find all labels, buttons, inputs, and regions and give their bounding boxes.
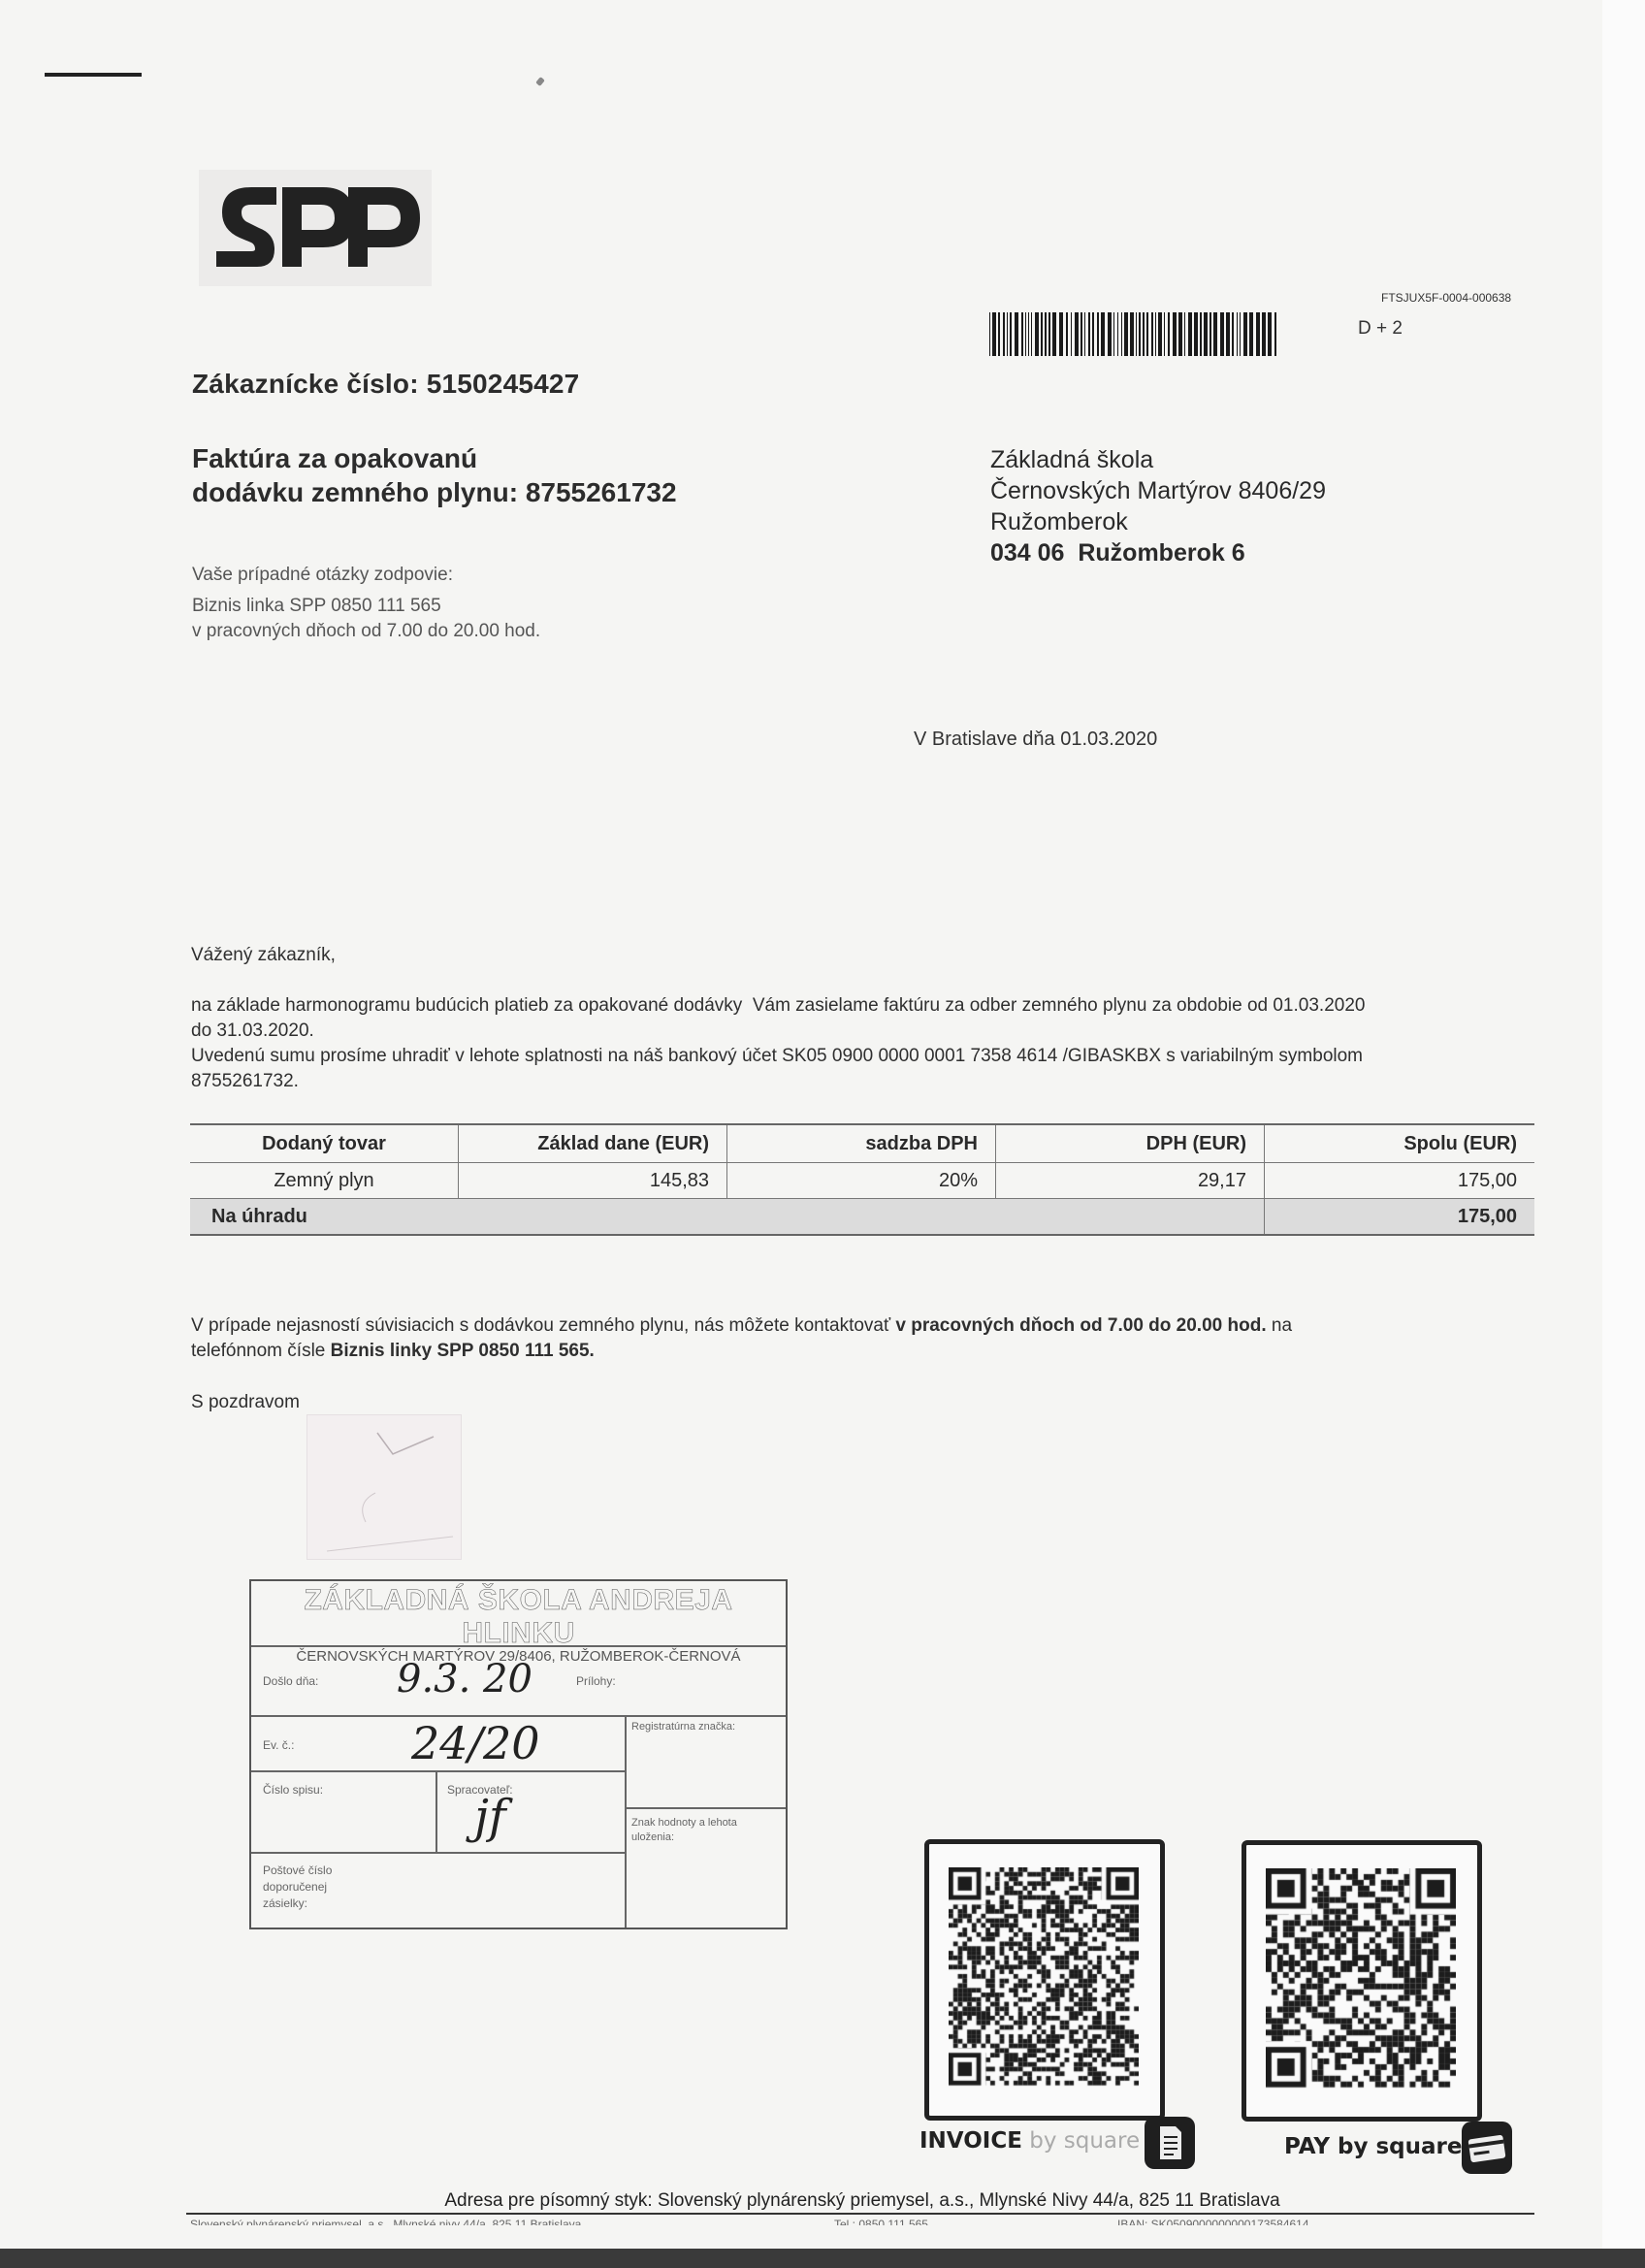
table-row: Zemný plyn 145,83 20% 29,17 175,00 [190, 1163, 1534, 1199]
ev-label: Ev. č.: [263, 1738, 294, 1752]
postal-label-1: Poštové číslo [263, 1863, 332, 1879]
para1-line1: na základe harmonogramu budúcich platieb… [191, 993, 1539, 1019]
scan-mark [45, 73, 142, 77]
stamp-title: ZÁKLADNÁ ŠKOLA ANDREJA HLINKU [251, 1584, 786, 1650]
cell-total: 175,00 [1265, 1163, 1535, 1199]
para2-text3: telefónnom čísle [191, 1341, 331, 1361]
footer-company: Slovenský plynárenský priemysel, a.s., M… [190, 2218, 581, 2225]
postal-label: Poštové číslo doporučenej zásielky: [263, 1863, 332, 1912]
recipient-line3: Ružomberok [990, 506, 1326, 537]
file-label: Číslo spisu: [263, 1783, 323, 1797]
stamp-divider [625, 1715, 627, 1928]
pay-qr-code [1266, 1868, 1456, 2090]
invoice-table: Dodaný tovar Základ dane (EUR) sadzba DP… [190, 1123, 1534, 1236]
pay-qr-frame [1242, 1840, 1482, 2122]
cell-goods: Zemný plyn [190, 1163, 459, 1199]
recipient-address: Základná škola Černovských Martýrov 8406… [990, 444, 1326, 568]
footer-address: Adresa pre písomný styk: Slovenský plyná… [190, 2190, 1534, 2212]
col-header-tax-base: Základ dane (EUR) [459, 1124, 727, 1163]
col-header-vat-rate: sadzba DPH [727, 1124, 996, 1163]
page-edge [1602, 0, 1645, 2268]
recipient-line2: Černovských Martýrov 8406/29 [990, 475, 1326, 506]
contact-line1: Vaše prípadné otázky zodpovie: [192, 563, 540, 588]
cell-vat-rate: 20% [727, 1163, 996, 1199]
col-header-goods: Dodaný tovar [190, 1124, 459, 1163]
para2-hours: v pracovných dňoch od 7.00 do 20.00 hod. [895, 1315, 1266, 1336]
handler-signature: jf [474, 1790, 506, 1844]
stamp-header: ZÁKLADNÁ ŠKOLA ANDREJA HLINKU ČERNOVSKÝC… [251, 1581, 786, 1647]
invoice-qr-frame [924, 1839, 1165, 2121]
closing: S pozdravom [191, 1390, 1539, 1415]
total-label: Na úhradu [190, 1199, 1265, 1236]
scanner-edge [0, 2249, 1645, 2268]
invoice-title-prefix: dodávku zemného plynu: [192, 477, 518, 507]
received-value: 9.3. 20 [397, 1657, 532, 1701]
para2-text2: na [1267, 1315, 1292, 1336]
para1-line3: Uvedenú sumu prosíme uhradiť v lehote sp… [191, 1044, 1539, 1069]
recipient-line1: Základná škola [990, 444, 1326, 475]
stamp-divider [625, 1807, 786, 1809]
scan-speck [535, 77, 545, 86]
contact-line3: v pracovných dňoch od 7.00 do 20.00 hod. [192, 619, 540, 644]
invoice-title-line2: dodávku zemného plynu: 8755261732 [192, 475, 677, 509]
customer-number-label: Zákaznícke číslo: [192, 369, 419, 399]
contact-block: Vaše prípadné otázky zodpovie: Biznis li… [192, 563, 540, 644]
registry-stamp: ZÁKLADNÁ ŠKOLA ANDREJA HLINKU ČERNOVSKÝC… [249, 1579, 788, 1929]
stamp-divider [251, 1852, 625, 1854]
footer-phone: Tel.: 0850 111 565 [834, 2218, 928, 2225]
contact-line2: Biznis linka SPP 0850 111 565 [192, 594, 540, 619]
stamp-divider [435, 1770, 437, 1852]
pay-by-square-label: PAY by square [1284, 2134, 1462, 2159]
customer-number: Zákaznícke číslo: 5150245427 [192, 369, 579, 400]
ev-value: 24/20 [411, 1717, 540, 1769]
para2-line2: telefónnom čísle Biznis linky SPP 0850 1… [191, 1339, 1539, 1364]
invoice-number: 8755261732 [526, 477, 677, 507]
invoice-title: Faktúra za opakovanú dodávku zemného ply… [192, 441, 677, 509]
registry-label: Registratúrna značka: [631, 1721, 735, 1733]
recipient-line4: 034 06 Ružomberok 6 [990, 537, 1326, 568]
para2-line1: V prípade nejasností súvisiacich s dodáv… [191, 1313, 1539, 1339]
greeting: Vážený zákazník, [191, 943, 1539, 968]
total-value: 175,00 [1265, 1199, 1535, 1236]
invoice-qr-code [949, 1867, 1139, 2089]
letter-paragraph-1: na základe harmonogramu budúcich platieb… [191, 993, 1539, 1094]
col-header-total: Spolu (EUR) [1265, 1124, 1535, 1163]
table-header-row: Dodaný tovar Základ dane (EUR) sadzba DP… [190, 1124, 1534, 1163]
document-code: FTSJUX5F-0004-000638 [1381, 291, 1511, 305]
invoice-label-light: by square [1022, 2128, 1140, 2154]
table-total-row: Na úhradu 175,00 [190, 1199, 1534, 1236]
para2-phone: Biznis linky SPP 0850 111 565. [331, 1341, 595, 1361]
signature-scrap [306, 1414, 462, 1560]
place-date: V Bratislave dňa 01.03.2020 [914, 729, 1157, 751]
para2-text1: V prípade nejasností súvisiacich s dodáv… [191, 1315, 895, 1336]
spp-logo [199, 170, 432, 286]
retention-label: Znak hodnoty a lehota uloženia: [631, 1816, 777, 1845]
barcode [989, 312, 1282, 356]
footer-iban: IBAN: SK0509000000000173584614 [1117, 2218, 1309, 2225]
invoice-by-square-label: INVOICE by square [919, 2128, 1140, 2154]
para1-line2: do 31.03.2020. [191, 1019, 1539, 1044]
invoice-label-bold: INVOICE [919, 2128, 1022, 2154]
cell-vat: 29,17 [996, 1163, 1265, 1199]
postal-label-3: zásielky: [263, 1895, 332, 1912]
letter-paragraph-2: V prípade nejasností súvisiacich s dodáv… [191, 1313, 1539, 1364]
document-icon [1145, 2117, 1195, 2169]
col-header-vat: DPH (EUR) [996, 1124, 1265, 1163]
stamp-divider [251, 1770, 625, 1772]
postal-label-2: doporučenej [263, 1879, 332, 1895]
customer-number-value: 5150245427 [427, 369, 580, 399]
attachments-label: Prílohy: [576, 1674, 616, 1688]
invoice-title-line1: Faktúra za opakovanú [192, 441, 677, 475]
footer-rule [186, 2213, 1534, 2215]
received-label: Došlo dňa: [263, 1674, 318, 1688]
sort-code: D + 2 [1358, 318, 1403, 340]
para1-line4: 8755261732. [191, 1069, 1539, 1094]
cell-tax-base: 145,83 [459, 1163, 727, 1199]
card-icon [1462, 2122, 1512, 2174]
